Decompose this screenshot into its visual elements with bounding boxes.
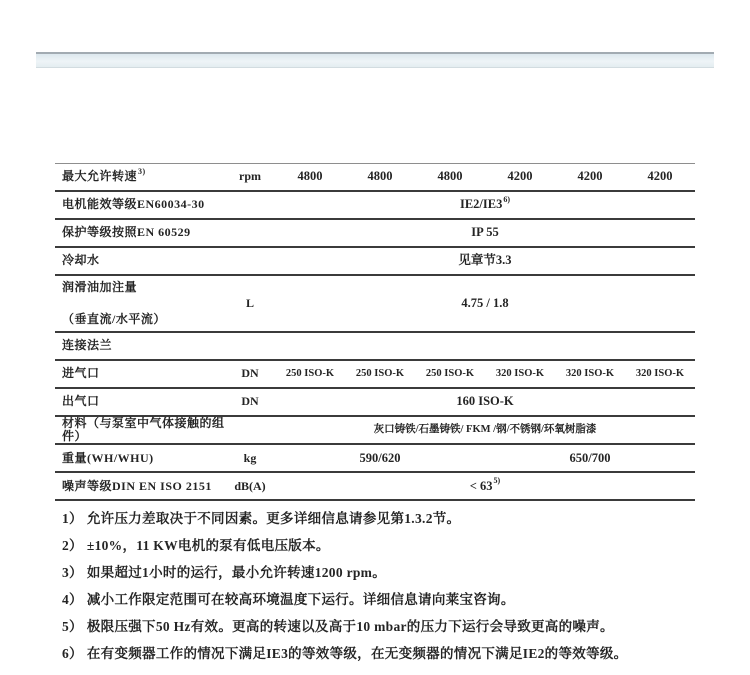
- value-text: 160 ISO-K: [456, 395, 513, 409]
- value-cell: 320 ISO-K: [625, 361, 695, 387]
- footnote-number: 6）: [62, 642, 83, 662]
- row-label-text: 重量(WH/WHU): [62, 452, 154, 465]
- row-label-text: 噪声等级DIN EN ISO 2151: [62, 480, 212, 493]
- footnote-ref-marker: 6): [503, 196, 510, 205]
- value-cell: 590/620: [275, 445, 485, 471]
- value-cell: 160 ISO-K: [275, 389, 695, 415]
- footnote-line: 1）允许压力差取决于不同因素。更多详细信息请参见第1.3.2节。: [55, 503, 745, 530]
- table-row: 重量(WH/WHU)kg590/620650/700: [55, 445, 695, 473]
- row-label: 出气口: [55, 389, 225, 415]
- row-label: 噪声等级DIN EN ISO 2151: [55, 473, 225, 499]
- value-cell: 250 ISO-K: [345, 361, 415, 387]
- row-label: 冷却水: [55, 248, 225, 274]
- value-cell: 4800: [275, 164, 345, 190]
- footnote-line: 2）±10%，11 KW电机的泵有低电压版本。: [55, 530, 745, 557]
- footnote-ref-marker: 5): [494, 477, 501, 486]
- row-label: 重量(WH/WHU): [55, 445, 225, 471]
- footnote-number: 1）: [62, 507, 83, 527]
- footnote-line: 6）在有变频器工作的情况下满足IE3的等效等级，在无变频器的情况下满足IE2的等…: [55, 638, 745, 665]
- footnote-text: 允许压力差取决于不同因素。更多详细信息请参见第1.3.2节。: [87, 507, 461, 527]
- value-text: 4.75 / 1.8: [461, 297, 508, 311]
- spec-table: 最大允许转速3)rpm480048004800420042004200电机能效等…: [55, 163, 695, 501]
- row-label-text: 材料（与泵室中气体接触的组件）: [62, 417, 225, 443]
- value-text: IP 55: [471, 226, 498, 240]
- table-row: 出气口DN160 ISO-K: [55, 389, 695, 417]
- value-cell: < 635): [275, 473, 695, 499]
- table-row: 冷却水见章节3.3: [55, 248, 695, 276]
- row-label: 材料（与泵室中气体接触的组件）: [55, 417, 225, 443]
- footnote-number: 3）: [62, 561, 83, 581]
- row-label-text: 电机能效等级EN60034-30: [62, 198, 205, 211]
- value-text: < 63: [470, 480, 493, 494]
- section-row-label: 连接法兰: [55, 333, 695, 359]
- row-label-text: 保护等级按照EN 60529: [62, 226, 191, 239]
- value-cell: 4200: [485, 164, 555, 190]
- value-cell: IE2/IE36): [275, 192, 695, 218]
- value-text: IE2/IE3: [460, 198, 502, 212]
- row-unit: kg: [225, 445, 275, 471]
- row-unit: DN: [225, 389, 275, 415]
- row-label: 进气口: [55, 361, 225, 387]
- footnote-text: 极限压强下50 Hz有效。更高的转速以及高于10 mbar的压力下运行会导致更高…: [87, 615, 614, 635]
- value-cell: 4.75 / 1.8: [275, 276, 695, 331]
- footnote-text: ±10%，11 KW电机的泵有低电压版本。: [87, 534, 330, 554]
- row-unit: dB(A): [225, 473, 275, 499]
- table-row: 连接法兰: [55, 333, 695, 361]
- row-label: 保护等级按照EN 60529: [55, 220, 225, 246]
- value-cell: 250 ISO-K: [415, 361, 485, 387]
- footnotes-list: 1）允许压力差取决于不同因素。更多详细信息请参见第1.3.2节。2）±10%，1…: [55, 503, 745, 665]
- decorative-header-bar: [36, 52, 714, 68]
- row-unit: [225, 417, 275, 443]
- footnote-ref-marker: 3): [138, 168, 146, 177]
- footnote-text: 在有变频器工作的情况下满足IE3的等效等级，在无变频器的情况下满足IE2的等效等…: [87, 642, 628, 662]
- row-unit: [225, 192, 275, 218]
- value-cell: 4800: [345, 164, 415, 190]
- row-unit: rpm: [225, 164, 275, 190]
- table-row: 噪声等级DIN EN ISO 2151dB(A)< 635): [55, 473, 695, 501]
- footnote-line: 4）减小工作限定范围可在较高环境温度下运行。详细信息请向莱宝咨询。: [55, 584, 745, 611]
- table-row: 电机能效等级EN60034-30IE2/IE36): [55, 192, 695, 220]
- row-label: 最大允许转速3): [55, 164, 225, 190]
- value-cell: 灰口铸铁/石墨铸铁/ FKM /钢/不锈钢/环氧树脂漆: [275, 417, 695, 443]
- value-cell: 250 ISO-K: [275, 361, 345, 387]
- value-cell: 650/700: [485, 445, 695, 471]
- footnote-line: 3）如果超过1小时的运行，最小允许转速1200 rpm。: [55, 557, 745, 584]
- row-label-line2: （垂直流/水平流）: [62, 313, 166, 326]
- table-row: 材料（与泵室中气体接触的组件）灰口铸铁/石墨铸铁/ FKM /钢/不锈钢/环氧树…: [55, 417, 695, 445]
- footnote-number: 2）: [62, 534, 83, 554]
- table-row: 润滑油加注量（垂直流/水平流）L4.75 / 1.8: [55, 276, 695, 333]
- value-cell: IP 55: [275, 220, 695, 246]
- row-unit: [225, 248, 275, 274]
- value-cell: 4800: [415, 164, 485, 190]
- row-label: 电机能效等级EN60034-30: [55, 192, 225, 218]
- footnote-text: 减小工作限定范围可在较高环境温度下运行。详细信息请向莱宝咨询。: [87, 588, 515, 608]
- value-cell: 4200: [555, 164, 625, 190]
- footnote-line: 5）极限压强下50 Hz有效。更高的转速以及高于10 mbar的压力下运行会导致…: [55, 611, 745, 638]
- row-label-text: 进气口: [62, 367, 100, 380]
- value-cell: 320 ISO-K: [555, 361, 625, 387]
- value-text: 灰口铸铁/石墨铸铁/ FKM /钢/不锈钢/环氧树脂漆: [374, 424, 597, 436]
- row-label-text: 冷却水: [62, 254, 100, 267]
- value-text: 见章节3.3: [458, 254, 511, 268]
- footnote-number: 4）: [62, 588, 83, 608]
- footnote-number: 5）: [62, 615, 83, 635]
- row-unit: [225, 220, 275, 246]
- row-unit: L: [225, 276, 275, 331]
- row-label-text: 润滑油加注量: [62, 281, 137, 294]
- row-label-text: 最大允许转速: [62, 170, 137, 183]
- table-row: 保护等级按照EN 60529IP 55: [55, 220, 695, 248]
- row-label: 润滑油加注量（垂直流/水平流）: [55, 276, 225, 331]
- value-cell: 320 ISO-K: [485, 361, 555, 387]
- row-unit: DN: [225, 361, 275, 387]
- value-cell: 4200: [625, 164, 695, 190]
- footnote-text: 如果超过1小时的运行，最小允许转速1200 rpm。: [87, 561, 386, 581]
- table-row: 最大允许转速3)rpm480048004800420042004200: [55, 164, 695, 192]
- value-cell: 见章节3.3: [275, 248, 695, 274]
- table-row: 进气口DN250 ISO-K250 ISO-K250 ISO-K320 ISO-…: [55, 361, 695, 389]
- row-label-text: 出气口: [62, 395, 100, 408]
